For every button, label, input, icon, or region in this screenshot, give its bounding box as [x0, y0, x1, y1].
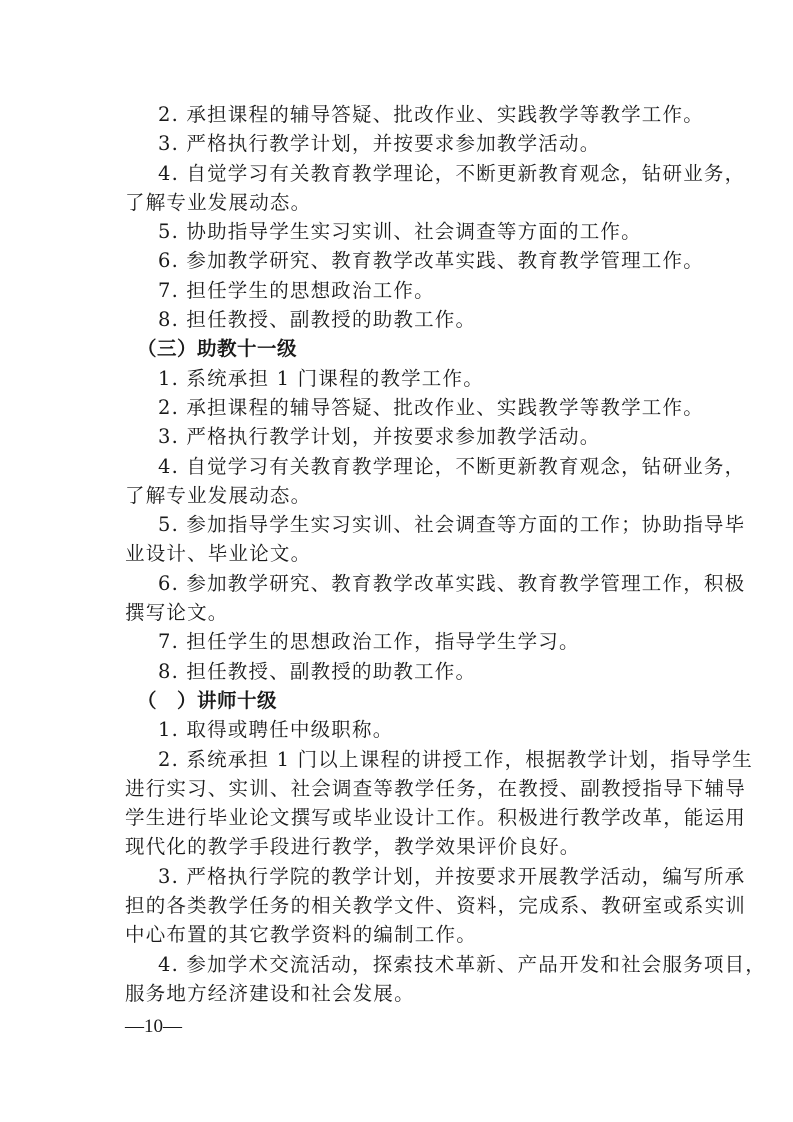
paragraph-line: 5. 协助指导学生实习实训、社会调查等方面的工作。	[125, 217, 673, 246]
paragraph-line: 1. 系统承担 1 门课程的教学工作。	[125, 364, 673, 393]
paragraph-line: 现代化的教学手段进行教学，教学效果评价良好。	[125, 832, 673, 861]
paragraph-line: 服务地方经济建设和社会发展。	[125, 979, 673, 1008]
document-body: 2. 承担课程的辅导答疑、批改作业、实践教学等教学工作。 3. 严格执行教学计划…	[125, 100, 673, 1008]
paragraph-line: 2. 承担课程的辅导答疑、批改作业、实践教学等教学工作。	[125, 393, 673, 422]
paragraph-line: 了解专业发展动态。	[125, 481, 673, 510]
paragraph-line: 7. 担任学生的思想政治工作，指导学生学习。	[125, 627, 673, 656]
section-heading: （ ）讲师十级	[125, 686, 673, 715]
paragraph-line: 业设计、毕业论文。	[125, 539, 673, 568]
paragraph-line: 进行实习、实训、社会调查等教学任务，在教授、副教授指导下辅导	[125, 774, 673, 803]
paragraph-line: 3. 严格执行教学计划，并按要求参加教学活动。	[125, 129, 673, 158]
paragraph-line: 撰写论文。	[125, 598, 673, 627]
paragraph-line: 7. 担任学生的思想政治工作。	[125, 276, 673, 305]
paragraph-line: 3. 严格执行学院的教学计划，并按要求开展教学活动，编写所承	[125, 862, 673, 891]
paragraph-line: 2. 承担课程的辅导答疑、批改作业、实践教学等教学工作。	[125, 100, 673, 129]
paragraph-line: 5. 参加指导学生实习实训、社会调查等方面的工作；协助指导毕	[125, 510, 673, 539]
paragraph-line: 学生进行毕业论文撰写或毕业设计工作。积极进行教学改革，能运用	[125, 803, 673, 832]
paragraph-line: 8. 担任教授、副教授的助教工作。	[125, 657, 673, 686]
paragraph-line: 1. 取得或聘任中级职称。	[125, 715, 673, 744]
paragraph-line: 4. 自觉学习有关教育教学理论，不断更新教育观念，钻研业务，	[125, 159, 673, 188]
paragraph-line: 6. 参加教学研究、教育教学改革实践、教育教学管理工作，积极	[125, 569, 673, 598]
section-heading: （三）助教十一级	[125, 334, 673, 363]
paragraph-line: 8. 担任教授、副教授的助教工作。	[125, 305, 673, 334]
page-number: —10—	[125, 1016, 182, 1038]
paragraph-line: 中心布置的其它教学资料的编制工作。	[125, 920, 673, 949]
paragraph-line: 了解专业发展动态。	[125, 188, 673, 217]
paragraph-line: 担的各类教学任务的相关教学文件、资料，完成系、教研室或系实训	[125, 891, 673, 920]
paragraph-line: 3. 严格执行教学计划，并按要求参加教学活动。	[125, 422, 673, 451]
paragraph-line: 6. 参加教学研究、教育教学改革实践、教育教学管理工作。	[125, 246, 673, 275]
paragraph-line: 2. 系统承担 1 门以上课程的讲授工作，根据教学计划，指导学生	[125, 745, 673, 774]
paragraph-line: 4. 参加学术交流活动，探索技术革新、产品开发和社会服务项目，	[125, 950, 673, 979]
paragraph-line: 4. 自觉学习有关教育教学理论，不断更新教育观念，钻研业务，	[125, 452, 673, 481]
